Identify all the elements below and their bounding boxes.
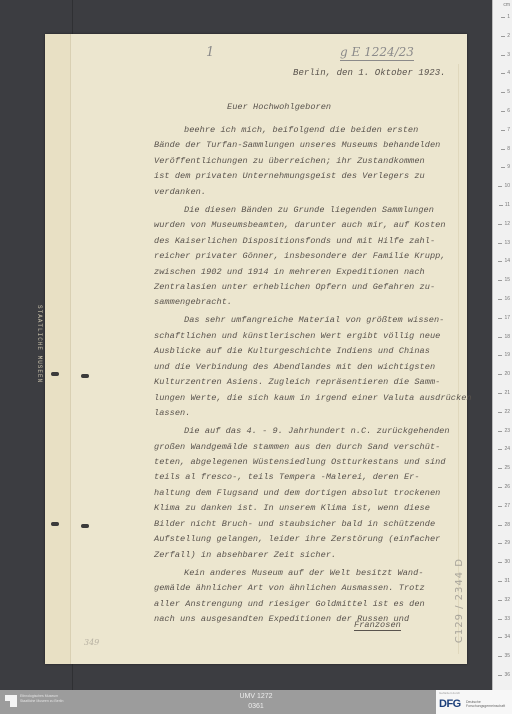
ruler-tick-label: 12 (504, 221, 512, 227)
museum-logo-icon (5, 695, 17, 707)
archive-signature: UMV 1272 (226, 692, 286, 702)
ruler-tick-label: 27 (504, 503, 512, 509)
letter-line: großen Wandgemälde stammen aus den durch… (154, 442, 440, 452)
ruler-tick-label: 9 (507, 164, 512, 170)
ruler-tick-label: 4 (507, 70, 512, 76)
letter-line: schaftlichen und künstlerischen Wert erg… (154, 331, 440, 341)
ruler-tick-label: 19 (504, 352, 512, 358)
edge-pencil-note: C129 / 2344 D (454, 558, 465, 643)
letter-line: zwischen 1902 und 1914 in mehreren Exped… (154, 267, 425, 277)
letter-line: teten, abgelegenen Wüstensiedlung Osttur… (154, 457, 446, 467)
binding-strip (45, 34, 71, 664)
ruler-tick-label: 26 (504, 484, 512, 490)
ruler-tick-label: 11 (505, 202, 512, 208)
punch-hole (81, 374, 89, 378)
ruler-tick-label: 21 (504, 390, 512, 396)
letter-line: wurden von Museumsbeamten, darunter auch… (154, 220, 446, 230)
funder-name-line2: Forschungsgemeinschaft (466, 704, 505, 708)
ruler-tick-label: 7 (507, 127, 512, 133)
letter-line: Veröffentlichungen zu überreichen; ihr Z… (154, 156, 425, 166)
image-number: 0361 (226, 702, 286, 712)
letter-line: Die diesen Bänden zu Grunde liegenden Sa… (184, 205, 434, 215)
letter-line: Ausblicke auf die Kulturgeschichte Indie… (154, 346, 430, 356)
ruler-tick-label: 30 (504, 559, 512, 565)
letter-line: teils al fresco-, teils Tempera -Malerei… (154, 472, 420, 482)
letter-line: Bilder nicht Bruch- und staubsicher bald… (154, 519, 435, 529)
letter-line: haltung dem Flugsand und dem dortigen ab… (154, 488, 440, 498)
funder-name: Deutsche Forschungsgemeinschaft (466, 700, 505, 708)
bottom-pencil-note: 349 (84, 638, 99, 647)
ruler-tick-label: 6 (507, 108, 512, 114)
letter-line: verdanken. (154, 187, 206, 197)
letter-line: ist dem privaten Unternehmungsgeist des … (154, 171, 425, 181)
letter-line: Bände der Turfan-Sammlungen unseres Muse… (154, 140, 440, 150)
ruler-tick-label: 35 (504, 653, 512, 659)
ruler-tick-label: 8 (507, 146, 512, 152)
ruler-tick-label: 28 (504, 522, 512, 528)
ruler-tick-label: 31 (504, 578, 512, 584)
punch-hole (81, 524, 89, 528)
ruler-tick-label: 3 (507, 52, 512, 58)
ruler-unit: cm (503, 2, 510, 8)
institution-sub: Staatliche Museen zu Berlin (20, 699, 63, 704)
ruler-tick-label: 34 (504, 634, 512, 640)
letter-line: lungen Werte, die sich kaum in irgend ei… (154, 393, 472, 403)
letter-line: aller Anstrengung und riesiger Goldmitte… (154, 599, 425, 609)
letter-line: Zentralasien unter erheblichen Opfern un… (154, 282, 435, 292)
letter-line: des Kaiserlichen Dispositionsfonds und m… (154, 236, 435, 246)
letter-line: Kulturzentren Asiens. Zugleich repräsent… (154, 377, 440, 387)
page-marker: 1 (206, 45, 214, 60)
ruler-tick-label: 18 (504, 334, 512, 340)
institution-label: Ethnologisches Museum Staatliche Museen … (20, 694, 63, 704)
ruler-tick-label: 25 (504, 465, 512, 471)
ruler-tick-label: 36 (504, 672, 512, 678)
letter-line: Aufstellung gelangen, leider ihre Zerstö… (154, 534, 440, 544)
ruler-tick-label: 14 (504, 258, 512, 264)
image-reference: UMV 1272 0361 (226, 692, 286, 712)
punch-hole (51, 372, 59, 376)
letter-line: reicher privater Gönner, insbesondere de… (154, 251, 446, 261)
letter-line: und die Verbindung des Abendlandes mit d… (154, 362, 435, 372)
margin-stamp: STAATLICHE MUSEEN (36, 305, 43, 383)
dfg-logo-icon: DFG (439, 698, 461, 710)
catchword: Franzosen (354, 620, 401, 631)
funder-badge: Gefördert durch DFG Deutsche Forschungsg… (436, 690, 512, 714)
letter-line: Die auf das 4. - 9. Jahrhundert n.C. zur… (184, 426, 450, 436)
ruler-tick-label: 32 (504, 597, 512, 603)
ruler-tick-label: 16 (504, 296, 512, 302)
footer-bar: Ethnologisches Museum Staatliche Museen … (0, 690, 512, 714)
letter-line: Klima zu danken ist. In unserem Klima is… (154, 503, 430, 513)
ruler-tick-label: 10 (504, 183, 512, 189)
letter-line: Kein anderes Museum auf der Welt besitzt… (184, 568, 424, 578)
ruler-tick-label: 33 (504, 616, 512, 622)
ruler-tick-label: 29 (504, 540, 512, 546)
ruler-tick-label: 23 (504, 428, 512, 434)
letter-line: lassen. (154, 408, 190, 418)
funder-caption: Gefördert durch (439, 691, 460, 695)
date-line: Berlin, den 1. Oktober 1923. (293, 68, 446, 78)
ruler-tick-label: 2 (507, 33, 512, 39)
ruler-tick-label: 1 (507, 14, 512, 20)
ruler-tick-label: 13 (504, 240, 512, 246)
salutation: Euer Hochwohlgeboren (227, 102, 331, 112)
ruler-tick-label: 24 (504, 446, 512, 452)
letter-line: sammengebracht. (154, 297, 232, 307)
ruler-tick-label: 17 (504, 315, 512, 321)
shelfmark-note: g E 1224/23 (340, 45, 414, 61)
ruler-tick-label: 22 (504, 409, 512, 415)
punch-hole (51, 522, 59, 526)
ruler-tick-label: 15 (504, 277, 512, 283)
letter-line: gemälde ähnlicher Art von ähnlichen Ausm… (154, 583, 425, 593)
letter-line: Das sehr umfangreiche Material von größt… (184, 315, 444, 325)
ruler-tick-label: 20 (504, 371, 512, 377)
measurement-ruler: cm 1234567891011121314151617181920212223… (492, 0, 512, 690)
letter-line: Zerfall) in absehbarer Zeit sicher. (154, 550, 336, 560)
letter-line: beehre ich mich, beifolgend die beiden e… (184, 125, 418, 135)
ruler-tick-label: 5 (507, 89, 512, 95)
